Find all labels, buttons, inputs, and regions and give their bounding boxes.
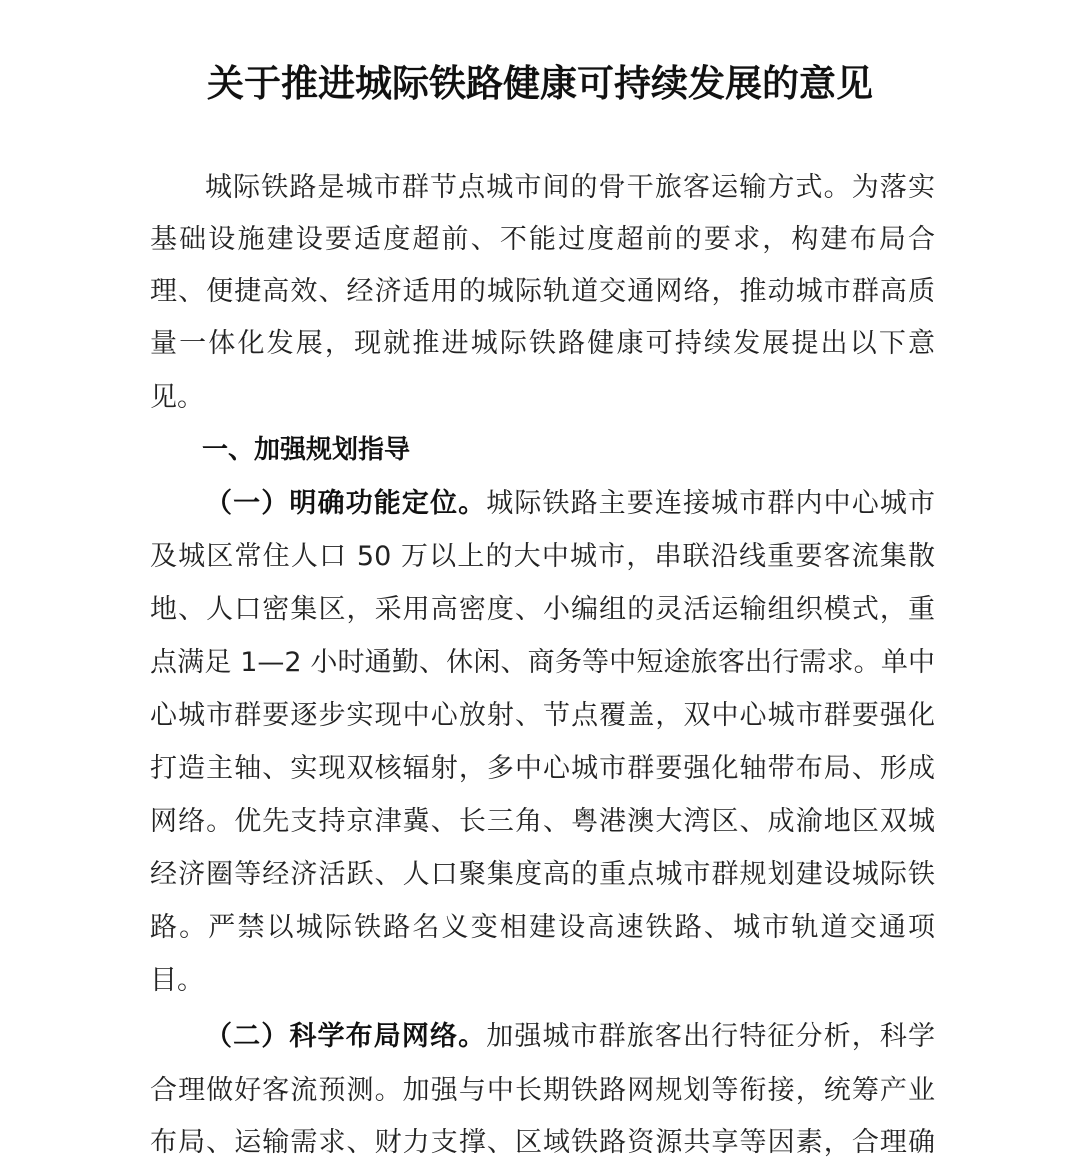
- document-title: 关于推进城际铁路健康可持续发展的意见: [0, 58, 1080, 108]
- item-1-line-7: 网络。优先支持京津冀、长三角、粤港澳大湾区、成渝地区双城: [150, 802, 935, 842]
- item-1-line-10: 目。: [150, 961, 935, 1001]
- item-2-text: 加强城市群旅客出行特征分析，科学: [486, 1021, 935, 1052]
- intro-line-5: 见。: [150, 378, 935, 418]
- item-1-line-2: 及城区常住人口 50 万以上的大中城市，串联沿线重要客流集散: [150, 537, 935, 577]
- item-1-line-4: 点满足 1—2 小时通勤、休闲、商务等中短途旅客出行需求。单中: [150, 643, 935, 683]
- item-2-label: （二）科学布局网络。: [205, 1021, 486, 1052]
- intro-line-2: 基础设施建设要适度超前、不能过度超前的要求，构建布局合: [150, 220, 935, 260]
- item-1-label: （一）明确功能定位。: [205, 488, 486, 519]
- item-2-line-3: 布局、运输需求、财力支撑、区域铁路资源共享等因素，合理确: [150, 1123, 935, 1163]
- item-1-line-9: 路。严禁以城际铁路名义变相建设高速铁路、城市轨道交通项: [150, 908, 935, 948]
- item-2-line-2: 合理做好客流预测。加强与中长期铁路网规划等衔接，统筹产业: [150, 1071, 935, 1111]
- item-2-first-line: （二）科学布局网络。加强城市群旅客出行特征分析，科学: [205, 1017, 935, 1057]
- intro-line-3: 理、便捷高效、经济适用的城际轨道交通网络，推动城市群高质: [150, 272, 935, 312]
- document-page: 关于推进城际铁路健康可持续发展的意见 城际铁路是城市群节点城市间的骨干旅客运输方…: [0, 0, 1080, 1169]
- item-1-line-5: 心城市群要逐步实现中心放射、节点覆盖，双中心城市群要强化: [150, 696, 935, 736]
- section-heading: 一、加强规划指导: [202, 430, 410, 470]
- item-1-line-8: 经济圈等经济活跃、人口聚集度高的重点城市群规划建设城际铁: [150, 855, 935, 895]
- item-1-line-6: 打造主轴、实现双核辐射，多中心城市群要强化轴带布局、形成: [150, 749, 935, 789]
- item-1-line-3: 地、人口密集区，采用高密度、小编组的灵活运输组织模式，重: [150, 590, 935, 630]
- item-1-first-line: （一）明确功能定位。城际铁路主要连接城市群内中心城市: [205, 484, 935, 524]
- intro-line-4: 量一体化发展，现就推进城际铁路健康可持续发展提出以下意: [150, 324, 935, 364]
- intro-line-1: 城际铁路是城市群节点城市间的骨干旅客运输方式。为落实: [205, 168, 935, 208]
- item-1-text: 城际铁路主要连接城市群内中心城市: [486, 488, 935, 519]
